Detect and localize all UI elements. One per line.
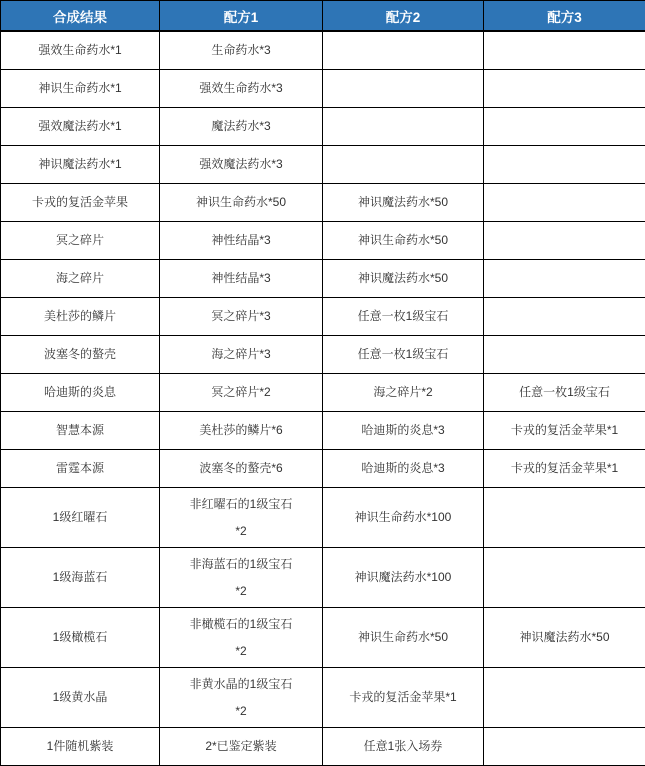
recipe1-cell: 非红曜石的1级宝石 *2 (160, 488, 323, 548)
recipe2-cell (323, 70, 484, 108)
recipe2-cell (323, 146, 484, 184)
result-cell: 1级橄榄石 (1, 608, 160, 668)
recipe1-cell: 冥之碎片*3 (160, 298, 323, 336)
recipe1-cell: 神性结晶*3 (160, 260, 323, 298)
result-cell: 智慧本源 (1, 412, 160, 450)
recipe1-cell: 强效魔法药水*3 (160, 146, 323, 184)
recipe2-cell: 任意1张入场券 (323, 728, 484, 766)
table-row: 哈迪斯的炎息 冥之碎片*2 海之碎片*2 任意一枚1级宝石 (1, 374, 645, 412)
result-cell: 美杜莎的鳞片 (1, 298, 160, 336)
table-row: 强效魔法药水*1 魔法药水*3 (1, 108, 645, 146)
recipe2-cell: 卡戎的复活金苹果*1 (323, 668, 484, 728)
recipe1-cell: 神识生命药水*50 (160, 184, 323, 222)
column-header-recipe2: 配方2 (323, 1, 484, 32)
column-header-recipe3: 配方3 (484, 1, 645, 32)
recipe1-cell: 海之碎片*3 (160, 336, 323, 374)
recipe1-cell: 神性结晶*3 (160, 222, 323, 260)
recipe2-cell: 海之碎片*2 (323, 374, 484, 412)
recipe2-cell (323, 108, 484, 146)
result-cell: 强效生命药水*1 (1, 31, 160, 70)
table-row: 美杜莎的鳞片 冥之碎片*3 任意一枚1级宝石 (1, 298, 645, 336)
result-cell: 1级黄水晶 (1, 668, 160, 728)
recipe3-cell: 卡戎的复活金苹果*1 (484, 450, 645, 488)
recipe1-cell: 生命药水*3 (160, 31, 323, 70)
recipe3-cell (484, 222, 645, 260)
table-row: 1件随机紫装 2*已鉴定紫装 任意1张入场券 (1, 728, 645, 766)
recipe2-cell (323, 31, 484, 70)
recipe3-cell: 卡戎的复活金苹果*1 (484, 412, 645, 450)
recipe3-cell (484, 184, 645, 222)
table-row: 智慧本源 美杜莎的鳞片*6 哈迪斯的炎息*3 卡戎的复活金苹果*1 (1, 412, 645, 450)
result-cell: 雷霆本源 (1, 450, 160, 488)
recipe3-cell (484, 668, 645, 728)
result-cell: 神识生命药水*1 (1, 70, 160, 108)
recipe3-cell: 神识魔法药水*50 (484, 608, 645, 668)
table-row: 1级海蓝石 非海蓝石的1级宝石 *2 神识魔法药水*100 (1, 548, 645, 608)
table-row: 冥之碎片 神性结晶*3 神识生命药水*50 (1, 222, 645, 260)
result-cell: 卡戎的复活金苹果 (1, 184, 160, 222)
recipe3-cell (484, 336, 645, 374)
recipe3-cell (484, 260, 645, 298)
recipe1-cell: 强效生命药水*3 (160, 70, 323, 108)
recipe1-cell: 非海蓝石的1级宝石 *2 (160, 548, 323, 608)
table-row: 海之碎片 神性结晶*3 神识魔法药水*50 (1, 260, 645, 298)
recipe2-cell: 神识生命药水*50 (323, 608, 484, 668)
recipe3-cell: 任意一枚1级宝石 (484, 374, 645, 412)
table-row: 雷霆本源 波塞冬的螯壳*6 哈迪斯的炎息*3 卡戎的复活金苹果*1 (1, 450, 645, 488)
recipe3-cell (484, 108, 645, 146)
recipe2-cell: 哈迪斯的炎息*3 (323, 412, 484, 450)
table-row: 波塞冬的螯壳 海之碎片*3 任意一枚1级宝石 (1, 336, 645, 374)
recipe3-cell (484, 488, 645, 548)
result-cell: 1级海蓝石 (1, 548, 160, 608)
recipe3-cell (484, 146, 645, 184)
header-row: 合成结果 配方1 配方2 配方3 (1, 1, 645, 32)
table-row: 1级黄水晶 非黄水晶的1级宝石 *2 卡戎的复活金苹果*1 (1, 668, 645, 728)
recipe1-cell: 冥之碎片*2 (160, 374, 323, 412)
recipe2-cell: 任意一枚1级宝石 (323, 298, 484, 336)
recipe3-cell (484, 298, 645, 336)
recipe2-cell: 神识生命药水*100 (323, 488, 484, 548)
result-cell: 海之碎片 (1, 260, 160, 298)
recipe-table: 合成结果 配方1 配方2 配方3 强效生命药水*1 生命药水*3 神识生命药水*… (0, 0, 645, 766)
table-row: 强效生命药水*1 生命药水*3 (1, 31, 645, 70)
recipe1-cell: 非橄榄石的1级宝石 *2 (160, 608, 323, 668)
result-cell: 1级红曜石 (1, 488, 160, 548)
result-cell: 神识魔法药水*1 (1, 146, 160, 184)
recipe2-cell: 任意一枚1级宝石 (323, 336, 484, 374)
recipe3-cell (484, 31, 645, 70)
recipe1-cell: 魔法药水*3 (160, 108, 323, 146)
recipe1-cell: 美杜莎的鳞片*6 (160, 412, 323, 450)
recipe2-cell: 神识生命药水*50 (323, 222, 484, 260)
result-cell: 强效魔法药水*1 (1, 108, 160, 146)
table-row: 神识魔法药水*1 强效魔法药水*3 (1, 146, 645, 184)
recipe2-cell: 哈迪斯的炎息*3 (323, 450, 484, 488)
result-cell: 波塞冬的螯壳 (1, 336, 160, 374)
table-row: 1级橄榄石 非橄榄石的1级宝石 *2 神识生命药水*50 神识魔法药水*50 (1, 608, 645, 668)
recipe1-cell: 波塞冬的螯壳*6 (160, 450, 323, 488)
result-cell: 冥之碎片 (1, 222, 160, 260)
result-cell: 1件随机紫装 (1, 728, 160, 766)
recipe1-cell: 非黄水晶的1级宝石 *2 (160, 668, 323, 728)
recipe3-cell (484, 70, 645, 108)
table-row: 神识生命药水*1 强效生命药水*3 (1, 70, 645, 108)
table-row: 1级红曜石 非红曜石的1级宝石 *2 神识生命药水*100 (1, 488, 645, 548)
recipe2-cell: 神识魔法药水*100 (323, 548, 484, 608)
recipe-table-container: 合成结果 配方1 配方2 配方3 强效生命药水*1 生命药水*3 神识生命药水*… (0, 0, 645, 766)
recipe3-cell (484, 548, 645, 608)
table-row: 卡戎的复活金苹果 神识生命药水*50 神识魔法药水*50 (1, 184, 645, 222)
recipe2-cell: 神识魔法药水*50 (323, 260, 484, 298)
recipe3-cell (484, 728, 645, 766)
recipe1-cell: 2*已鉴定紫装 (160, 728, 323, 766)
column-header-recipe1: 配方1 (160, 1, 323, 32)
column-header-result: 合成结果 (1, 1, 160, 32)
result-cell: 哈迪斯的炎息 (1, 374, 160, 412)
recipe2-cell: 神识魔法药水*50 (323, 184, 484, 222)
